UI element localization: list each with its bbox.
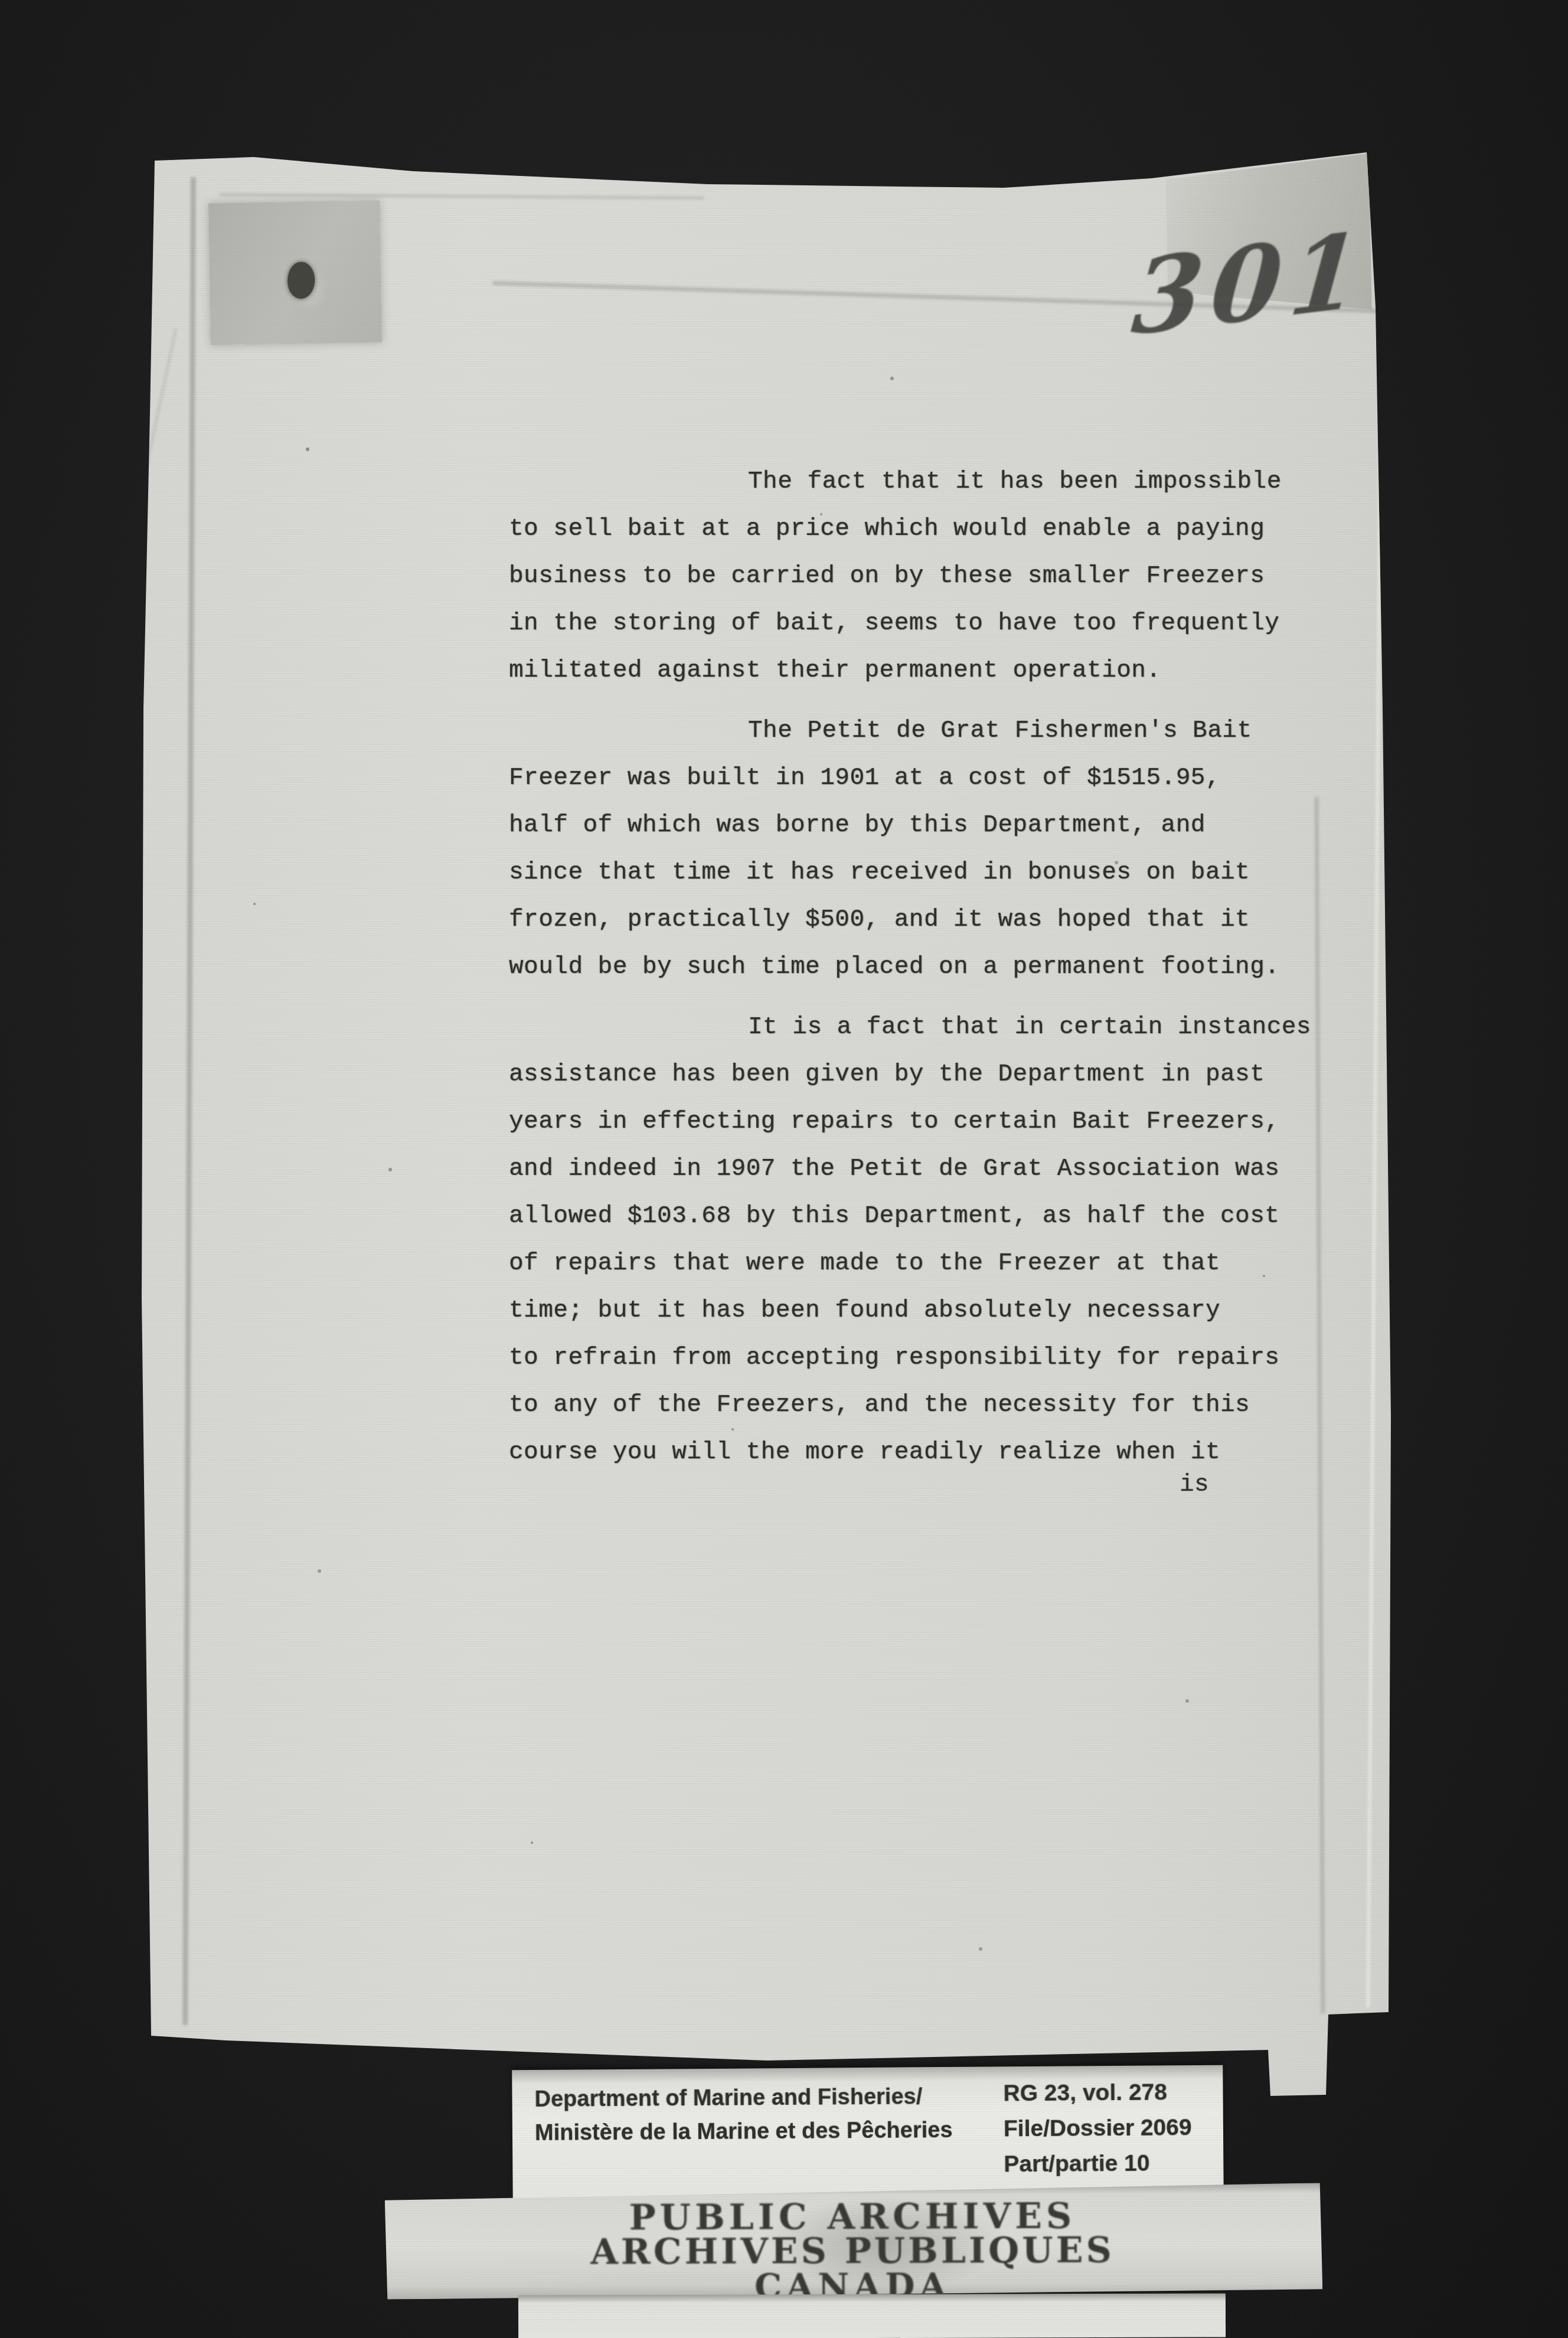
typed-line: years in effecting repairs to certain Ba… (509, 1098, 1294, 1145)
typed-line: to sell bait at a price which would enab… (509, 505, 1294, 553)
typed-line: Freezer was built in 1901 at a cost of $… (509, 755, 1294, 802)
typed-letter: The fact that it has been impossible to … (509, 458, 1294, 1476)
typed-line: frozen, practically $500, and it was hop… (509, 896, 1294, 943)
fold-crease-left (182, 177, 196, 2025)
typed-line: of repairs that were made to the Freezer… (509, 1240, 1294, 1287)
public-archives-stamp: PUBLIC ARCHIVES ARCHIVES PUBLIQUES CANAD… (383, 2198, 1323, 2306)
typed-line: militated against their permanent operat… (509, 647, 1294, 694)
typed-line: time; but it has been found absolutely n… (509, 1287, 1294, 1334)
typed-line: assistance has been given by the Departm… (509, 1051, 1294, 1098)
typed-line: half of which was borne by this Departme… (509, 802, 1294, 849)
archival-reference-label: Department of Marine and Fisheries/ Mini… (512, 2065, 1224, 2206)
reference-file-lines: RG 23, vol. 278 File/Dossier 2069 Part/p… (1003, 2075, 1228, 2183)
bottom-paper-strip (518, 2293, 1226, 2338)
fold-crease-right (1315, 797, 1325, 2013)
stamp-line-archives-publiques: ARCHIVES PUBLIQUES (383, 2232, 1322, 2270)
staple-mark-icon (286, 261, 316, 300)
label-part: Part/partie 10 (1004, 2146, 1228, 2183)
fold-crease-top (220, 193, 704, 200)
typed-line: since that time it has received in bonus… (509, 849, 1294, 896)
typed-line: It is a fact that in certain instances (509, 1004, 1294, 1051)
typed-line: in the storing of bait, seems to have to… (509, 600, 1294, 647)
typed-line: to any of the Freezers, and the necessit… (509, 1382, 1294, 1429)
scan-speckles (0, 0, 1, 1)
label-department-en: Department of Marine and Fisheries/ (534, 2079, 1007, 2117)
label-record-group: RG 23, vol. 278 (1003, 2075, 1227, 2112)
label-file: File/Dossier 2069 (1004, 2110, 1228, 2147)
handwritten-page-number: 301 (1129, 221, 1349, 350)
scanned-page: 301 The fact that it has been impossible… (0, 0, 1568, 2338)
typed-line: The Petit de Grat Fishermen's Bait (509, 707, 1294, 755)
label-department-fr: Ministère de la Marine et des Pêcheries (535, 2113, 1007, 2150)
public-archives-stamp-strip: PUBLIC ARCHIVES ARCHIVES PUBLIQUES CANAD… (383, 2183, 1323, 2300)
typed-line: The fact that it has been impossible (509, 458, 1294, 505)
scanned-document-view: 301 The fact that it has been impossible… (0, 0, 1568, 2338)
reference-department-lines: Department of Marine and Fisheries/ Mini… (534, 2079, 1007, 2150)
tape-patch (208, 200, 382, 345)
typed-line: allowed $103.68 by this Department, as h… (509, 1193, 1294, 1240)
typed-line: business to be carried on by these small… (509, 553, 1294, 600)
typed-line: to refrain from accepting responsibility… (509, 1334, 1294, 1382)
typed-line: course you will the more readily realize… (509, 1429, 1294, 1476)
torn-edge-highlight (1366, 171, 1384, 2007)
typed-line: would be by such time placed on a perman… (509, 943, 1294, 991)
fold-crease-corner (119, 328, 177, 592)
typed-line: and indeed in 1907 the Petit de Grat Ass… (509, 1145, 1294, 1193)
catchword: is (1180, 1471, 1209, 1498)
